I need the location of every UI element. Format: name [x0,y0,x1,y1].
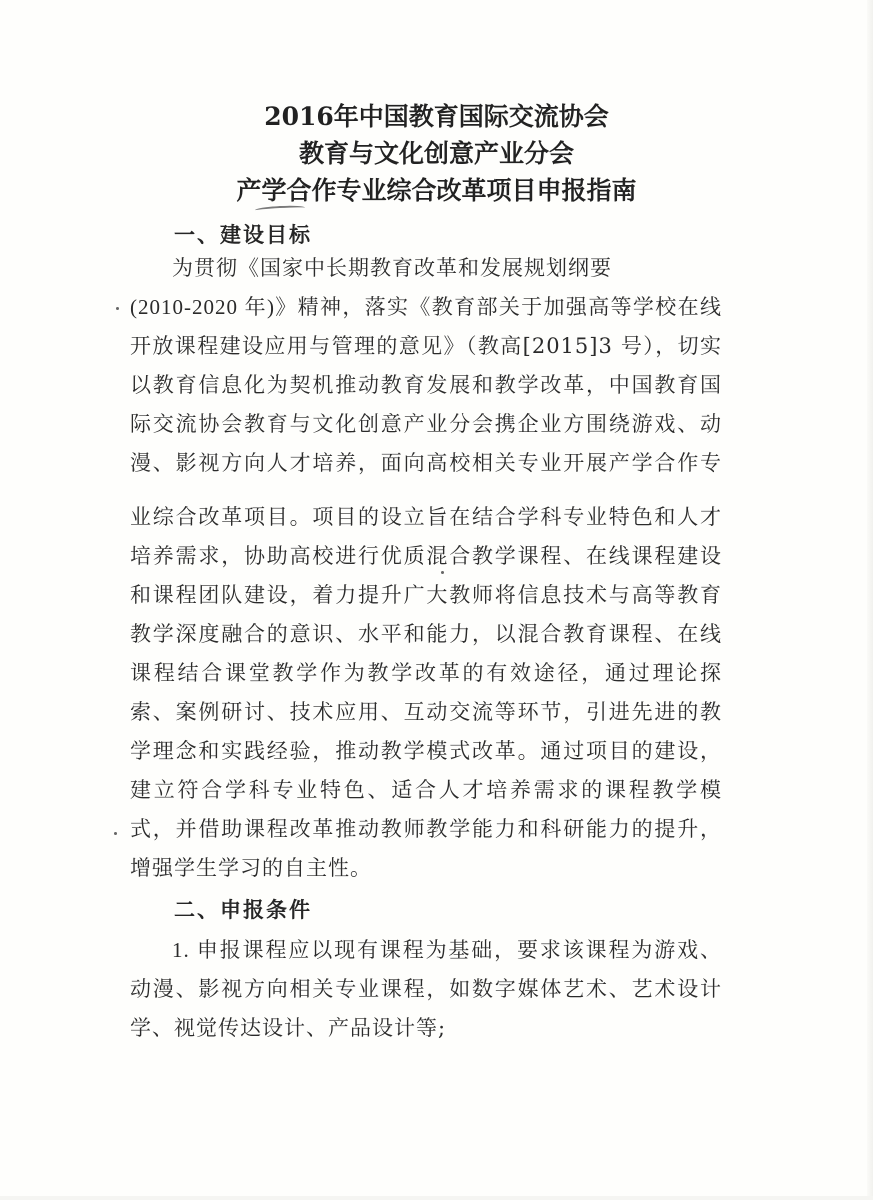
document-title-line-3: 产学合作专业综合改革项目申报指南 [0,176,873,206]
paragraph-line: 教学深度融合的意识、水平和能力，以混合教育课程、在线 [130,620,722,648]
paragraph-line: 式，并借助课程改革推动教师教学能力和科研能力的提升， [130,815,722,843]
scan-speck [114,832,117,835]
paragraph-line: 学、视觉传达设计、产品设计等; [130,1014,722,1042]
paragraph-line: 际交流协会教育与文化创意产业分会携企业方围绕游戏、动 [130,410,722,438]
paragraph-line: 培养需求，协助高校进行优质混合教学课程、在线课程建设 [130,542,722,570]
paragraph-line: (2010-2020 年)》精神，落实《教育部关于加强高等学校在线 [130,293,722,321]
paragraph-line: 为贯彻《国家中长期教育改革和发展规划纲要 [172,254,662,282]
page-edge-bottom [0,1196,873,1200]
paragraph-line: 课程结合课堂教学作为教学改革的有效途径，通过理论探 [130,659,722,687]
page-edge-shadow [867,0,873,1200]
paragraph-line: 索、案例研讨、技术应用、互动交流等环节，引进先进的教 [130,698,722,726]
paragraph-line: 漫、影视方向人才培养，面向高校相关专业开展产学合作专 [130,449,722,477]
scanned-document-page: 2016年中国教育国际交流协会 教育与文化创意产业分会 产学合作专业综合改革项目… [0,0,873,1200]
paragraph-line: 建立符合学科专业特色、适合人才培养需求的课程教学模 [130,776,722,804]
paragraph-line: 1. 申报课程应以现有课程为基础，要求该课程为游戏、 [172,936,722,964]
paragraph-line: 以教育信息化为契机推动教育发展和教学改革，中国教育国 [130,371,722,399]
document-title-line-2: 教育与文化创意产业分会 [0,139,873,169]
paragraph-line: 业综合改革项目。项目的设立旨在结合学科专业特色和人才 [130,503,722,531]
section-heading-conditions: 二、申报条件 [174,896,312,924]
paragraph-line: 开放课程建设应用与管理的意见》（教高[2015]3 号），切实 [130,332,722,360]
paragraph-line: 和课程团队建设，着力提升广大教师将信息技术与高等教育 [130,581,722,609]
paragraph-line: 增强学生学习的自主性。 [130,854,722,882]
scan-speck [116,307,119,310]
document-title-line-1: 2016年中国教育国际交流协会 [0,102,873,132]
scan-speck [441,571,444,574]
paragraph-line: 学理念和实践经验，推动教学模式改革。通过项目的建设， [130,737,722,765]
section-heading-goals: 一、建设目标 [174,221,312,249]
paragraph-line: 动漫、影视方向相关专业课程，如数字媒体艺术、艺术设计 [130,975,722,1003]
